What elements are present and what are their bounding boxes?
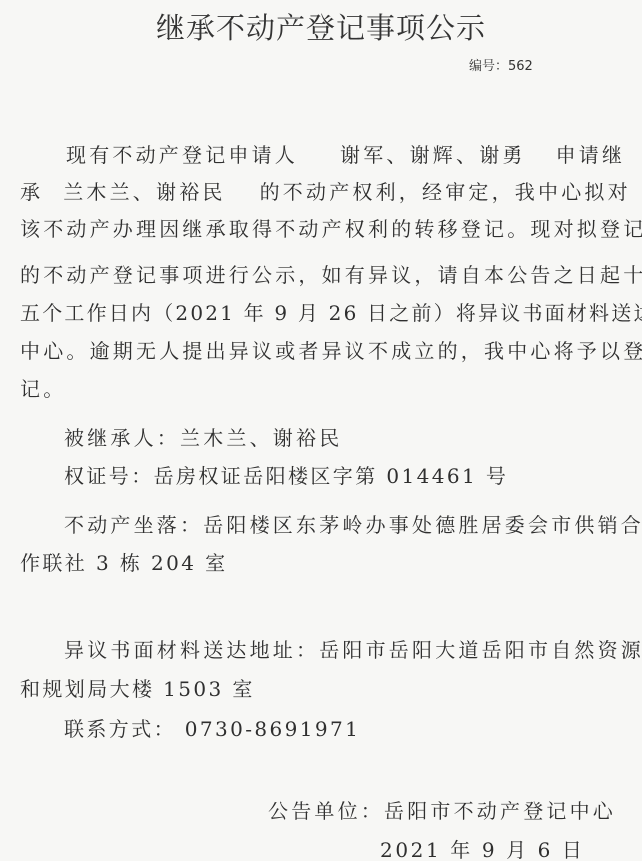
issue-date: 2021 年 9 月 6 日 xyxy=(380,834,585,861)
body-text: 的不动产权利，经审定，我中心拟对 xyxy=(260,180,631,204)
body-line-7: 记。 xyxy=(20,373,66,402)
body-text: 申请继 xyxy=(556,143,626,167)
inheritee-field: 被继承人：兰木兰、谢裕民 xyxy=(64,422,342,451)
objection-address-field: 异议书面材料送达地址：岳阳市岳阳大道岳阳市自然资源 xyxy=(64,634,642,663)
document-title: 继承不动产登记事项公示 xyxy=(0,6,642,47)
property-location-field: 不动产坐落：岳阳楼区东茅岭办事处德胜居委会市供销合 xyxy=(64,509,642,538)
document-number: 编号：562 xyxy=(469,55,533,74)
objection-address-continued: 和规划局大楼 1503 室 xyxy=(20,673,255,702)
contact-field: 联系方式： 0730-8691971 xyxy=(64,713,360,742)
body-line-1: 现有不动产登记申请人谢军、谢辉、谢勇申请继 xyxy=(66,139,625,168)
issuing-unit: 公告单位：岳阳市不动产登记中心 xyxy=(268,795,616,824)
applicant-names: 谢军、谢辉、谢勇 xyxy=(340,143,526,167)
property-location-continued: 作联社 3 栋 204 室 xyxy=(20,547,228,576)
body-line-5: 五个工作日内（2021 年 9 月 26 日之前）将异议书面材料送达我 xyxy=(20,297,642,326)
body-text: 承 xyxy=(20,180,43,204)
body-line-4: 的不动产登记事项进行公示，如有异议，请自本公告之日起十 xyxy=(20,259,642,288)
certificate-number-field: 权证号：岳房权证岳阳楼区字第 014461 号 xyxy=(64,460,508,489)
body-line-6: 中心。逾期无人提出异议或者异议不成立的，我中心将予以登 xyxy=(20,335,642,364)
body-text: 现有不动产登记申请人 xyxy=(66,143,298,167)
body-line-2: 承兰木兰、谢裕民的不动产权利，经审定，我中心拟对 xyxy=(20,176,631,205)
decedent-names: 兰木兰、谢裕民 xyxy=(63,180,225,204)
body-line-3: 该不动产办理因继承取得不动产权利的转移登记。现对拟登记 xyxy=(20,213,642,242)
